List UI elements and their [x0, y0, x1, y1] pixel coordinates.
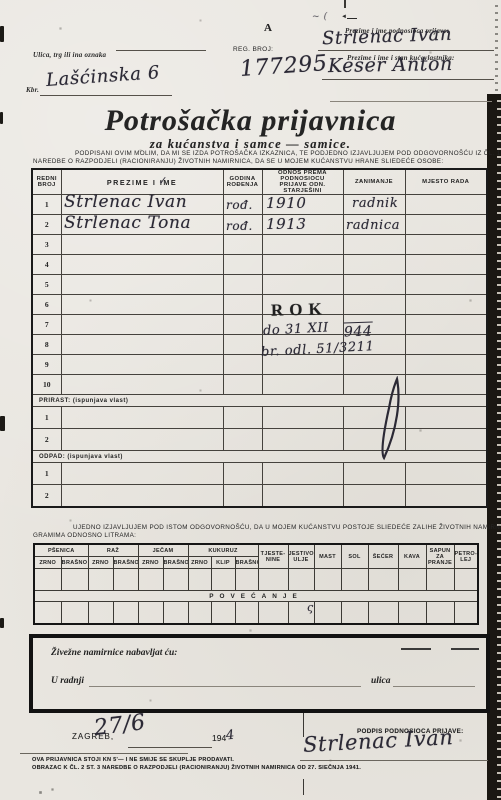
- empty-cell: [426, 602, 454, 625]
- scan-artifact: [344, 0, 346, 8]
- empty-cell: [88, 569, 113, 591]
- entry-2-born: rođ.: [226, 219, 253, 233]
- col-sol: SOL: [341, 544, 368, 569]
- row-number: 8: [32, 335, 61, 355]
- row-number: 2: [32, 429, 61, 451]
- empty-cell: [405, 215, 487, 235]
- sub-brasno: BRAŠNO: [113, 557, 138, 569]
- empty-cell: [405, 407, 487, 429]
- empty-cell: [88, 602, 113, 625]
- applicant-line: [318, 50, 494, 51]
- scan-artifact: [0, 416, 5, 431]
- empty-cell: [113, 602, 138, 625]
- empty-cell: [454, 569, 478, 591]
- row-number: 4: [32, 255, 61, 275]
- empty-cell: [343, 255, 405, 275]
- signature-value: Strlenac Ivan: [302, 725, 454, 757]
- empty-cell: [138, 569, 163, 591]
- entry-1-year: 1910: [266, 194, 307, 212]
- scan-artifact: [0, 26, 4, 42]
- prirast-section-label: PRIRAST: (ispunjava vlast): [32, 395, 487, 407]
- empty-cell: [426, 569, 454, 591]
- year-handwritten: 4: [225, 728, 235, 744]
- empty-cell: [262, 463, 343, 485]
- rok-stamp: ROK: [271, 299, 328, 320]
- empty-cell: [211, 602, 235, 625]
- empty-cell: [262, 375, 343, 395]
- empty-cell: [61, 355, 223, 375]
- intro-line-2: NAREDBE O RAZPODJELI (RACIONIRANJU) ŽIVO…: [33, 158, 443, 165]
- declaration-line-2: GRAMIMA ODNOSNO LITRAMA:: [33, 532, 136, 539]
- empty-cell: [262, 429, 343, 451]
- reg-broj-value: 177295: [239, 51, 328, 82]
- empty-cell: [368, 602, 398, 625]
- row-number: 1: [32, 463, 61, 485]
- empty-cell: [61, 235, 223, 255]
- empty-cell: [188, 602, 211, 625]
- signature-line: [300, 760, 488, 761]
- entry-1-occupation: radnik: [352, 196, 398, 211]
- empty-cell: [61, 255, 223, 275]
- empty-cell: [405, 295, 487, 315]
- row-number: 10: [32, 375, 61, 395]
- col-mast: MAST: [314, 544, 341, 569]
- group-psenica: PŠENICA: [34, 544, 88, 557]
- row-number: 2: [32, 215, 61, 235]
- empty-cell: [405, 195, 487, 215]
- purchase-box: Živežne namirnice nabavljat ću: U radnji…: [29, 634, 490, 713]
- scan-artifact: [303, 779, 304, 795]
- col-petrolej: PETRO- LEJ: [454, 544, 478, 569]
- sub-zrno: ZRNO: [88, 557, 113, 569]
- row-number: 7: [32, 315, 61, 335]
- empty-cell: [61, 295, 223, 315]
- arrow-mark-icon: ◄: [341, 14, 347, 20]
- empty-cell: [405, 335, 487, 355]
- form-title: Potrošačka prijavnica: [0, 104, 501, 138]
- sub-zrno: ZRNO: [188, 557, 211, 569]
- handwritten-mark: ς: [307, 601, 314, 614]
- col-header-mjesto-rada: MJESTO RADA: [405, 169, 487, 195]
- entry-1-born: rođ.: [226, 198, 253, 212]
- empty-cell: [223, 485, 262, 508]
- empty-cell: [223, 235, 262, 255]
- sub-zrno: ZRNO: [34, 557, 61, 569]
- empty-cell: [405, 463, 487, 485]
- row-number: 9: [32, 355, 61, 375]
- empty-cell: [61, 569, 88, 591]
- empty-cell: [223, 407, 262, 429]
- sub-brasno: BRAŠNO: [61, 557, 88, 569]
- declaration-line-1: UJEDNO IZJAVLJUJEM POD ISTOM ODGOVORNOŠĆ…: [73, 524, 501, 531]
- entry-2-occupation: radnica: [346, 218, 400, 233]
- empty-cell: [223, 429, 262, 451]
- empty-cell: [343, 485, 405, 508]
- empty-cell: [343, 275, 405, 295]
- scan-edge-dots: [495, 0, 498, 95]
- sub-zrno: ZRNO: [138, 557, 163, 569]
- empty-cell: [223, 275, 262, 295]
- row-number: 2: [32, 485, 61, 508]
- empty-cell: [343, 235, 405, 255]
- scan-speckles: [0, 0, 1, 1]
- purchase-heading: Živežne namirnice nabavljat ću:: [51, 648, 177, 658]
- col-header-redni-broj: REDNI BROJ: [32, 169, 61, 195]
- scan-dash: [451, 648, 479, 650]
- scan-artifact: [0, 618, 4, 628]
- odpad-section-label: ODPAD: (ispunjava vlast): [32, 451, 487, 463]
- col-header-zanimanje: ZANIMANJE: [343, 169, 405, 195]
- empty-cell: [288, 569, 314, 591]
- empty-cell: [398, 602, 426, 625]
- empty-cell: [314, 602, 341, 625]
- entry-1-name: Strlenac Ivan: [64, 192, 187, 212]
- empty-cell: [405, 235, 487, 255]
- empty-cell: [61, 375, 223, 395]
- empty-cell: [61, 275, 223, 295]
- scan-dash: [401, 648, 431, 650]
- empty-cell: [61, 407, 223, 429]
- empty-cell: [262, 255, 343, 275]
- empty-cell: [405, 355, 487, 375]
- empty-cell: [258, 569, 288, 591]
- empty-cell: [223, 355, 262, 375]
- empty-cell: [405, 255, 487, 275]
- group-kukuruz: KUKURUZ: [188, 544, 258, 557]
- fine-print-1: OVA PRIJAVNICA STOJI KN 5'— I NE SMIJE S…: [32, 757, 234, 763]
- empty-cell: [262, 235, 343, 255]
- empty-cell: [223, 335, 262, 355]
- empty-cell: [188, 569, 211, 591]
- perforation-ticks: [497, 94, 501, 800]
- street-blank-line: [116, 50, 206, 51]
- col-kava: KAVA: [398, 544, 426, 569]
- street-label: Ulica, trg ili ina oznaka: [33, 51, 106, 59]
- empty-cell: [163, 602, 188, 625]
- empty-cell: [405, 375, 487, 395]
- scanned-form-page: A REG. BROJ: 177295 Ulica, trg ili ina o…: [0, 0, 501, 800]
- empty-cell: [235, 602, 258, 625]
- fine-print-2: OBRAZAC K ČL. 2 ST. 3 NAREDBE O RAZPODJE…: [32, 765, 361, 771]
- entry-2-year: 1913: [266, 215, 307, 233]
- empty-cell: [258, 602, 288, 625]
- shop-blank-line: [89, 686, 361, 687]
- house-number-value: Lašćinska 6: [45, 62, 160, 91]
- house-blank-line: [40, 95, 172, 96]
- row-number: 1: [32, 407, 61, 429]
- empty-cell: [405, 429, 487, 451]
- empty-cell: [262, 407, 343, 429]
- reg-broj-label: REG. BROJ:: [233, 46, 273, 53]
- ulica-label: ulica: [371, 676, 391, 686]
- sub-klip: KLIP: [211, 557, 235, 569]
- empty-cell: [113, 569, 138, 591]
- house-number-label: Kbr.: [26, 86, 39, 94]
- row-number: 6: [32, 295, 61, 315]
- col-header-godina: GODINA ROĐENJA: [223, 169, 262, 195]
- empty-cell: [314, 569, 341, 591]
- empty-cell: [341, 569, 368, 591]
- empty-cell: [223, 315, 262, 335]
- empty-cell: [61, 602, 88, 625]
- povecanje-band: POVEĆANJE: [34, 591, 478, 602]
- empty-cell: [235, 569, 258, 591]
- empty-cell: [34, 569, 61, 591]
- empty-cell: [398, 569, 426, 591]
- year-printed: 194: [212, 733, 226, 743]
- empty-cell: [454, 602, 478, 625]
- empty-cell: [61, 315, 223, 335]
- sub-brasno: BRAŠNO: [235, 557, 258, 569]
- empty-cell: [405, 315, 487, 335]
- empty-cell: [138, 602, 163, 625]
- supplies-table: PŠENICA RAŽ JEČAM KUKURUZ TJESTE- NINE J…: [33, 543, 479, 625]
- empty-cell: [223, 463, 262, 485]
- row-number: 5: [32, 275, 61, 295]
- empty-cell: [223, 295, 262, 315]
- col-secer: ŠEĆER: [368, 544, 398, 569]
- row-number: 3: [32, 235, 61, 255]
- empty-cell: [341, 602, 368, 625]
- col-sapun: SAPUN ZA PRANJE: [426, 544, 454, 569]
- empty-cell: [61, 485, 223, 508]
- applicant-value: Strlenac Ivan: [322, 24, 453, 50]
- landlord-value: Keser Anton: [328, 53, 453, 77]
- date-value: 27/6: [93, 710, 147, 741]
- empty-cell: [163, 569, 188, 591]
- empty-cell: [343, 355, 405, 375]
- empty-cell: [405, 485, 487, 508]
- section-letter: A: [264, 22, 272, 34]
- intro-line-1: PODPISANI OVIM MOLIM, DA MI SE IZDA POTR…: [75, 150, 501, 157]
- group-jecam: JEČAM: [138, 544, 188, 557]
- empty-cell: [223, 255, 262, 275]
- empty-cell: [61, 429, 223, 451]
- col-tjestenine: TJESTE- NINE: [258, 544, 288, 569]
- empty-cell: [343, 463, 405, 485]
- empty-cell: [61, 335, 223, 355]
- empty-cell: [61, 463, 223, 485]
- handwritten-flourish: [372, 376, 402, 464]
- stamp-year: 944: [344, 322, 373, 341]
- empty-cell: [405, 275, 487, 295]
- footer-rule: [20, 753, 188, 754]
- sub-brasno: BRAŠNO: [163, 557, 188, 569]
- arrow-mark-line: [347, 18, 357, 19]
- col-header-odnos: ODNOS PREMA PODNOSIOCU PRIJAVE ODN. STAR…: [262, 169, 343, 195]
- entry-2-name: Strlenac Tona: [64, 213, 191, 233]
- extra-blank-line: [330, 101, 492, 102]
- empty-cell: [211, 569, 235, 591]
- shop-label: U radnji: [51, 676, 84, 686]
- empty-cell: [343, 295, 405, 315]
- row-number: 1: [32, 195, 61, 215]
- empty-cell: [262, 275, 343, 295]
- empty-cell: [262, 485, 343, 508]
- ulica-blank-line: [393, 686, 475, 687]
- date-line: [128, 747, 212, 748]
- empty-cell: [223, 375, 262, 395]
- landlord-line: [322, 79, 494, 80]
- empty-cell: [34, 602, 61, 625]
- scan-scribble: ~ (: [312, 12, 328, 22]
- handwritten-checkmark: ✓: [157, 175, 168, 187]
- group-raz: RAŽ: [88, 544, 138, 557]
- col-jestivo-ulje: JESTIVO ULJE: [288, 544, 314, 569]
- empty-cell: [368, 569, 398, 591]
- col-header-prezime-ime: PREZIME I IME: [61, 169, 223, 195]
